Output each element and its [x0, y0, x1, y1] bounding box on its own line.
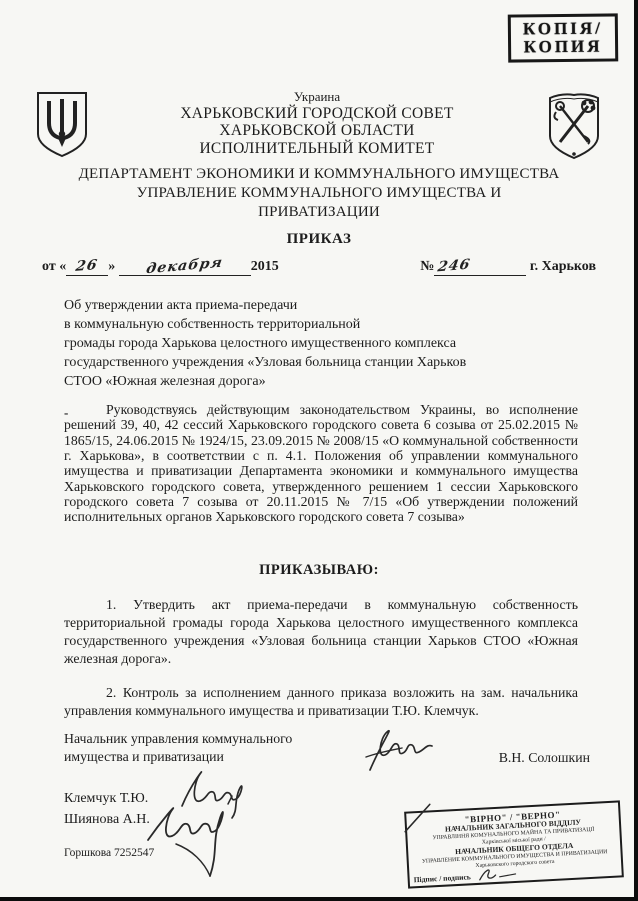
soloshkin-signature: [354, 724, 464, 781]
date-prefix: от «: [42, 259, 66, 274]
handwritten-slash-mark: [400, 802, 436, 839]
order-item-1: 1. Утвердить акт приема-передачи в комму…: [64, 596, 578, 668]
header-country: Украина: [98, 90, 536, 105]
number-label: №: [420, 259, 434, 274]
copy-stamp-line1: КОПІЯ/: [523, 20, 603, 39]
preamble-paragraph: Руководствуясь действующим законодательс…: [64, 402, 578, 525]
copy-stamp: КОПІЯ/ КОПИЯ: [508, 13, 618, 62]
subject-line: громады города Харькова целостного имуще…: [64, 334, 524, 353]
stamp-handwritten-signature: [475, 863, 532, 886]
executor-phone: Горшкова 7252547: [64, 847, 154, 859]
order-date-number-line: от «26» декабря2015 №246 г. Харьков: [0, 258, 638, 276]
stray-dash-mark: -: [64, 405, 68, 421]
approvals-block: Клемчук Т.Ю. Шиянова А.Н.: [64, 788, 364, 830]
subject-line: Об утверждении акта приема-передачи: [64, 296, 524, 315]
signature-block: Начальник управления коммунального имуще…: [64, 730, 590, 781]
certification-stamp: "ВІРНО" / "ВЕРНО" НАЧАЛЬНИК ЗАГАЛЬНОГО В…: [404, 800, 624, 888]
order-city: г. Харьков: [530, 259, 596, 274]
date-day-handwritten: 26: [66, 258, 108, 276]
copy-stamp-line2: КОПИЯ: [523, 37, 603, 56]
department-line3: ПРИВАТИЗАЦИИ: [0, 203, 638, 222]
stamp-signature-label-text: Підпис / подпись: [413, 872, 471, 884]
order-number-city: №246 г. Харьков: [420, 258, 596, 276]
shiyanova-signature: [142, 792, 252, 883]
preamble-block: - Руководствуясь действующим законодател…: [64, 402, 578, 525]
date-month-handwritten: декабря: [119, 258, 251, 276]
date-close-quote: »: [108, 259, 115, 274]
department-line1: ДЕПАРТАМЕНТ ЭКОНОМИКИ И КОММУНАЛЬНОГО ИМ…: [0, 165, 638, 184]
subject-line: в коммунальную собственность территориал…: [64, 315, 524, 334]
order-date: от «26» декабря2015: [42, 258, 279, 276]
header-line1: ХАРЬКОВСКИЙ ГОРОДСКОЙ СОВЕТ: [98, 105, 536, 122]
header-titles: Украина ХАРЬКОВСКИЙ ГОРОДСКОЙ СОВЕТ ХАРЬ…: [90, 90, 544, 157]
signer-name: В.Н. Солошкин: [464, 730, 590, 766]
scan-edge-bottom: [0, 897, 638, 901]
scanned-order-document: КОПІЯ/ КОПИЯ Украина ХАРЬКОВСКИЙ ГОРОДСК…: [0, 0, 638, 901]
order-title: ПРИКАЗ: [0, 231, 638, 248]
signer-title-line2: имущества и приватизации: [64, 748, 354, 766]
department-line2: УПРАВЛЕНИЕ КОММУНАЛЬНОГО ИМУЩЕСТВА И: [0, 184, 638, 203]
header-line2: ХАРЬКОВСКОЙ ОБЛАСТИ: [98, 122, 536, 139]
subject-line: государственного учреждения «Узловая бол…: [64, 353, 524, 372]
date-year: 2015: [251, 259, 279, 274]
number-value-handwritten: 246: [434, 258, 526, 276]
order-subject: Об утверждении акта приема-передачи в ко…: [64, 296, 524, 391]
header: Украина ХАРЬКОВСКИЙ ГОРОДСКОЙ СОВЕТ ХАРЬ…: [0, 90, 638, 167]
signer-title: Начальник управления коммунального имуще…: [64, 730, 354, 766]
subject-line: СТОО «Южная железная дорога»: [64, 372, 524, 391]
ukraine-trident-emblem-icon: [34, 90, 90, 165]
order-item-2: 2. Контроль за исполнением данного прика…: [64, 684, 578, 720]
department-block: ДЕПАРТАМЕНТ ЭКОНОМИКИ И КОММУНАЛЬНОГО ИМ…: [0, 165, 638, 221]
signer-title-line1: Начальник управления коммунального: [64, 730, 354, 748]
resolution-heading: ПРИКАЗЫВАЮ:: [0, 562, 638, 579]
header-line3: ИСПОЛНИТЕЛЬНЫЙ КОМИТЕТ: [98, 140, 536, 157]
kharkiv-coat-of-arms-icon: [544, 90, 604, 167]
